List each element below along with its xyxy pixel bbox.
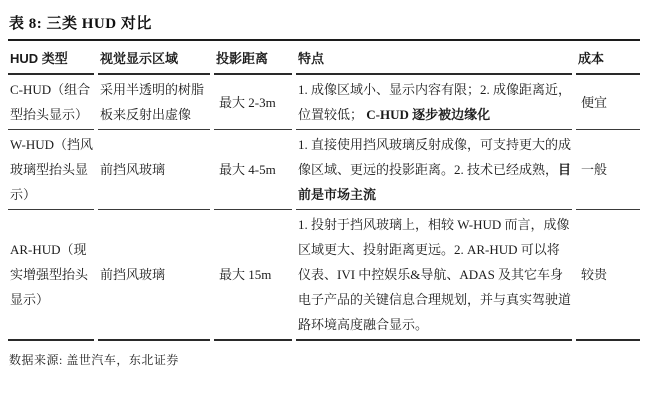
cell-hud-type: W-HUD（挡风玻璃型抬头显示） [8,130,94,210]
feature-text: 1. 投射于挡风玻璃上，相较 W-HUD 而言，成像区域更大、投射距离更远。2.… [298,217,571,332]
source-note: 数据来源: 盖世汽车，东北证券 [9,351,640,368]
column-header-display-area: 视觉显示区域 [98,41,210,75]
cell-cost: 一般 [576,130,640,210]
report-page: 表 8: 三类 HUD 对比 HUD 类型 视觉显示区域 投影距离 特点 成本 … [0,0,648,368]
cell-cost: 较贵 [576,210,640,341]
column-header-cost: 成本 [576,41,640,75]
feature-text-bold: C-HUD 逐步被边缘化 [366,107,490,122]
page-title: 表 8: 三类 HUD 对比 [9,12,640,33]
cell-projection-distance: 最大 2-3m [214,75,292,130]
table-row: C-HUD（组合型抬头显示） 采用半透明的树脂板来反射出虚像 最大 2-3m 1… [8,75,640,130]
column-header-hud-type: HUD 类型 [8,41,94,75]
column-header-projection-distance: 投影距离 [214,41,292,75]
table-row: W-HUD（挡风玻璃型抬头显示） 前挡风玻璃 最大 4-5m 1. 直接使用挡风… [8,130,640,210]
column-header-features: 特点 [296,41,572,75]
cell-hud-type: AR-HUD（现实增强型抬头显示） [8,210,94,341]
cell-projection-distance: 最大 4-5m [214,130,292,210]
cell-features: 1. 成像区域小、显示内容有限；2. 成像距离近，位置较低； C-HUD 逐步被… [296,75,572,130]
cell-features: 1. 投射于挡风玻璃上，相较 W-HUD 而言，成像区域更大、投射距离更远。2.… [296,210,572,341]
table-body: C-HUD（组合型抬头显示） 采用半透明的树脂板来反射出虚像 最大 2-3m 1… [8,75,640,341]
hud-comparison-table: HUD 类型 视觉显示区域 投影距离 特点 成本 C-HUD（组合型抬头显示） … [4,41,644,341]
cell-display-area: 前挡风玻璃 [98,210,210,341]
cell-projection-distance: 最大 15m [214,210,292,341]
cell-cost: 便宜 [576,75,640,130]
table-row: AR-HUD（现实增强型抬头显示） 前挡风玻璃 最大 15m 1. 投射于挡风玻… [8,210,640,341]
feature-text: 1. 直接使用挡风玻璃反射成像，可支持更大的成像区域、更远的投影距离。2. 技术… [298,137,571,177]
cell-display-area: 采用半透明的树脂板来反射出虚像 [98,75,210,130]
cell-features: 1. 直接使用挡风玻璃反射成像，可支持更大的成像区域、更远的投影距离。2. 技术… [296,130,572,210]
cell-display-area: 前挡风玻璃 [98,130,210,210]
cell-hud-type: C-HUD（组合型抬头显示） [8,75,94,130]
table-header-row: HUD 类型 视觉显示区域 投影距离 特点 成本 [8,41,640,75]
